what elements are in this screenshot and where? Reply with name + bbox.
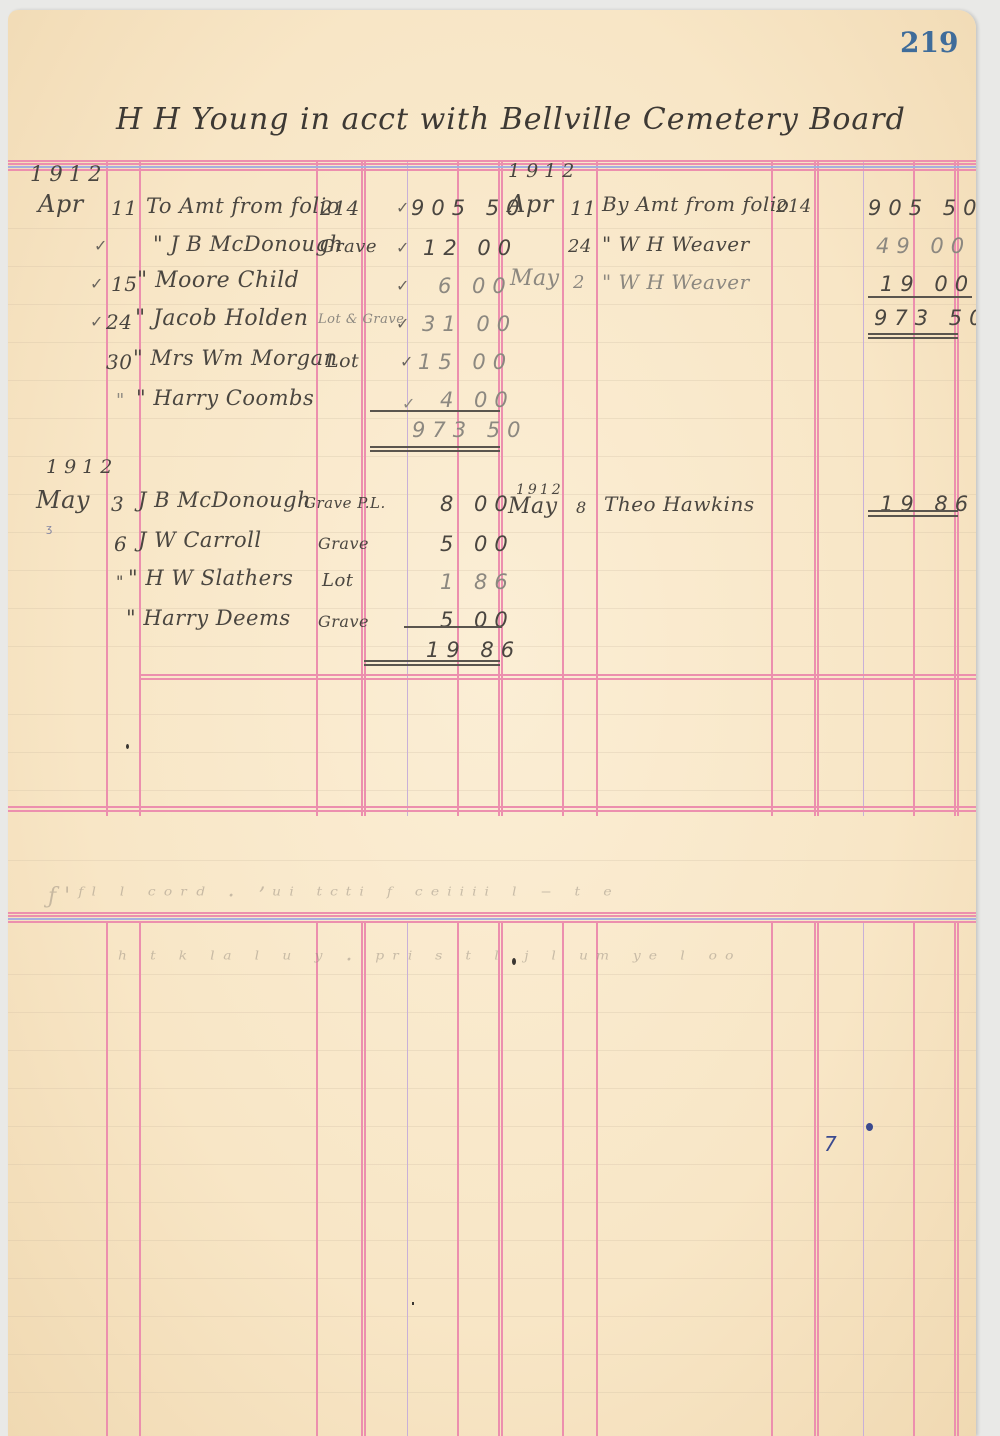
entry-day: 11 (111, 196, 137, 220)
entry-ref: Grave (320, 236, 377, 257)
total-double-underline (370, 450, 500, 452)
ink-dot (126, 744, 129, 749)
entry-day: 3 (111, 492, 124, 516)
entry-ref: Grave P.L. (304, 494, 386, 512)
entry-amount: 6 00 (438, 274, 513, 298)
entry-amount: 19 00 (880, 272, 975, 296)
total-double-underline (364, 664, 500, 666)
blue-ink-mark: 7 (824, 1132, 837, 1156)
entry-description: " H W Slathers (128, 566, 293, 590)
entry-description: " Jacob Holden (135, 306, 308, 331)
account-title: H H Young in acct with Bellville Cemeter… (116, 102, 906, 137)
subtotal-underline (370, 410, 500, 412)
check-mark: ✓ (396, 314, 410, 333)
check-mark: ✓ (396, 276, 410, 295)
month-label: Apr (508, 190, 554, 218)
year-label: 1912 (30, 162, 107, 186)
entry-ref: 214 (320, 196, 360, 220)
entry-description: " Mrs Wm Morgan (133, 346, 338, 370)
entry-description: To Amt from folio (146, 194, 340, 218)
entry-amount: 8 00 (440, 492, 515, 516)
entry-description: " W H Weaver (602, 270, 750, 294)
total-double-underline (868, 337, 958, 339)
total-double-underline (868, 333, 958, 335)
entry-day: 11 (570, 196, 596, 220)
entry-ref: Lot & Grave (318, 312, 404, 327)
check-mark: ✓ (94, 236, 108, 255)
entry-description: " Harry Deems (126, 606, 291, 630)
entry-day: 15 (111, 272, 137, 296)
total-double-underline (364, 660, 500, 662)
subtotal-underline (404, 626, 502, 628)
entry-amount: 49 00 (876, 234, 971, 258)
month-label: May (508, 494, 558, 519)
entry-ref: 214 (776, 196, 812, 217)
entry-day: 2 (573, 272, 585, 293)
check-mark: ✓ (396, 198, 410, 217)
check-mark: ✓ (90, 312, 104, 331)
month-label: May (510, 266, 560, 291)
entry-ref: Grave (318, 534, 369, 553)
entry-description: J W Carroll (138, 528, 262, 552)
entry-day: " (116, 572, 124, 591)
entry-description: " Moore Child (137, 268, 299, 293)
check-mark: ✓ (90, 274, 104, 293)
total-double-underline (868, 515, 958, 517)
check-mark: ✓ (396, 238, 410, 257)
total-double-underline (868, 510, 958, 512)
entry-day: 8 (576, 498, 587, 517)
entry-amount: 5 00 (440, 608, 515, 632)
entry-amount: 12 00 (423, 236, 518, 260)
section-total: 19 86 (426, 638, 521, 662)
entry-amount: 4 00 (440, 388, 515, 412)
entry-description: " W H Weaver (602, 232, 750, 256)
entry-day: 6 (114, 532, 127, 556)
ink-dot (866, 1123, 873, 1131)
blue-ink-mark: ʒ (46, 522, 52, 535)
subtotal-underline (868, 296, 972, 298)
entry-description: " Harry Coombs (136, 386, 314, 410)
entry-amount: 905 50 (868, 196, 976, 220)
entry-amount: 1 86 (440, 570, 515, 594)
section-total: 973 50 (874, 306, 976, 330)
entry-day: 30 (106, 350, 132, 374)
check-mark: ✓ (400, 352, 414, 371)
total-double-underline (370, 446, 500, 448)
entry-day: 24 (106, 310, 132, 334)
page-number: 219 (900, 26, 958, 59)
year-label: 1912 (508, 160, 580, 182)
ink-dot (412, 1302, 414, 1305)
section-total: 973 50 (412, 418, 527, 442)
entry-description: J B McDonough (138, 488, 311, 512)
month-label: May (36, 486, 90, 514)
entry-description: Theo Hawkins (604, 492, 755, 516)
entry-ref: Lot (326, 350, 359, 372)
entry-ref: Grave (318, 612, 369, 631)
ink-dot (512, 958, 516, 965)
ledger-page: 219 H H Young in acct with Bellville Cem… (8, 10, 976, 1436)
month-label: Apr (38, 190, 84, 218)
entry-description: By Amt from folio (602, 192, 789, 216)
entry-amount: 31 00 (422, 312, 517, 336)
entry-description: " J B McDonough (153, 232, 343, 256)
entry-ref: Lot (322, 570, 354, 591)
faded-offset-writing: ƒ'ᶠˡ ˡ ᶜᵒʳᵈ · ʼᵘⁱ ᵗᶜᵗⁱ ᶠ ᶜᵉⁱⁱⁱⁱ ˡ ⁻ ᵗ ᵉ (48, 884, 620, 909)
year-label: 1912 (46, 456, 118, 478)
entry-day: 24 (568, 236, 592, 257)
entry-day: " (116, 390, 125, 411)
entry-amount: 19 86 (880, 492, 975, 516)
faded-offset-writing: ʰ ᵗ ᵏ ˡᵃ ˡ ᵘ ʸ · ᵖʳⁱ ˢ ᵗ ˡ ʲ ˡ ᵘᵐ ʸᵉ ˡ ᵒ… (118, 948, 741, 973)
entry-amount: 15 00 (418, 350, 513, 374)
entry-amount: 5 00 (440, 532, 515, 556)
